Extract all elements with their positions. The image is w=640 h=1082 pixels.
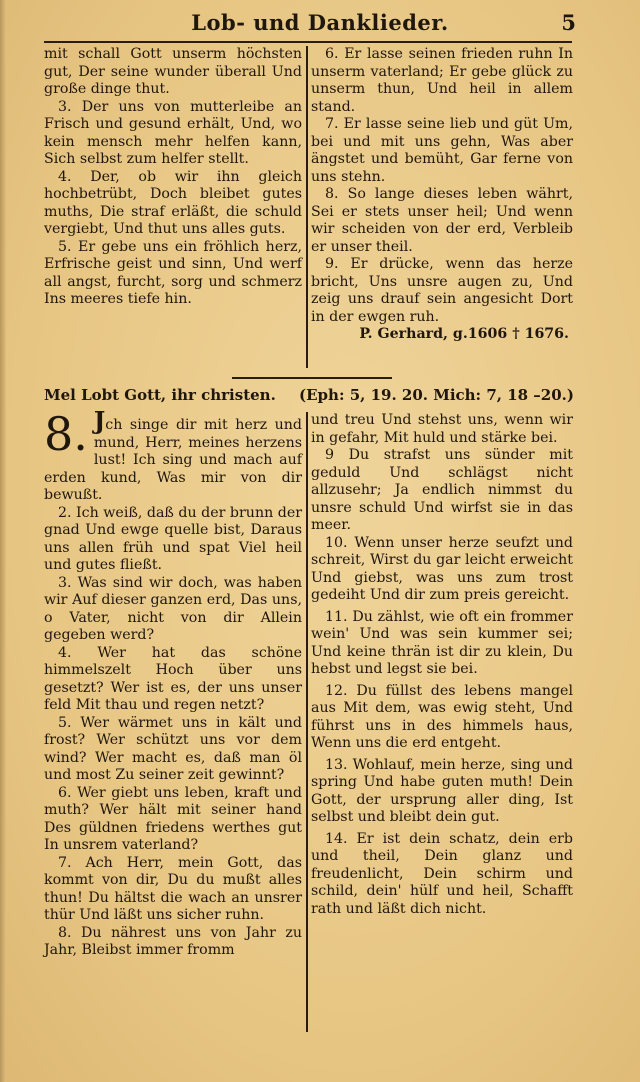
page-number: 5 [561,10,576,35]
verse: 14. Er ist dein schatz, dein erb und the… [311,831,573,919]
author-attribution: P. Gerhard, g.1606 † 1676. [311,326,573,344]
column-divider [306,46,308,368]
verse: 3. Was sind wir doch, was haben wir Auf … [44,575,302,645]
page-header: Lob- und Danklieder. 5 [40,8,600,38]
verse: 8. Du nährest uns von Jahr zu Jahr, Blei… [44,925,302,960]
verse: 6. Er lasse seinen frieden ruhn In unser… [311,46,573,116]
page-edge [0,0,6,1082]
hymn-7-left-column: mit schall Gott unserm höchsten gut, Der… [44,46,302,309]
verse: 11. Du zählst, wie oft ein frommer wein'… [311,609,573,679]
running-title: Lob- und Danklieder. [40,10,600,35]
verse: mit schall Gott unserm höchsten gut, Der… [44,46,302,99]
verse: 8. Jch singe dir mit herz und mund, Herr… [44,412,302,505]
verse: 13. Wohlauf, mein herze, sing und spring… [311,757,573,827]
header-rule [44,41,572,43]
verse: 9. Er drücke, wenn das herze bricht, Uns… [311,256,573,326]
hymn-number: 8. [44,414,88,454]
hymn-8-right-column: und treu Und stehst uns, wenn wir in gef… [311,412,573,918]
hymn-8-heading: Mel Lobt Gott, ihr christen. (Eph: 5, 19… [44,386,574,404]
verse: 8. So lange dieses leben währt, Sei er s… [311,186,573,256]
verse: und treu Und stehst uns, wenn wir in gef… [311,412,573,447]
melody-label: Mel Lobt Gott, ihr christen. [44,386,276,404]
verse: 4. Der, ob wir ihn gleich hochbetrübt, D… [44,169,302,239]
hymn-7-right-column: 6. Er lasse seinen frieden ruhn In unser… [311,46,573,344]
hymn-8-left-column: 8. Jch singe dir mit herz und mund, Herr… [44,412,302,960]
verse: 6. Wer giebt uns leben, kraft und muth? … [44,785,302,855]
verse: 7. Ach Herr, mein Gott, das kommt von di… [44,855,302,925]
verse: 10. Wenn unser herze seufzt und schreit,… [311,535,573,605]
column-divider [306,412,308,1032]
scripture-reference: (Eph: 5, 19. 20. Mich: 7, 18 –20.) [299,386,574,404]
verse: 9 Du strafst uns sünder mit geduld Und s… [311,447,573,535]
verse: 2. Ich weiß, daß du der brunn der gnad U… [44,505,302,575]
dropcap-letter: J [94,406,105,435]
verse: 5. Er gebe uns ein fröhlich herz, Erfris… [44,239,302,309]
verse: 12. Du füllst des lebens mangel aus Mit … [311,683,573,753]
verse: 4. Wer hat das schöne himmelszelt Hoch ü… [44,645,302,715]
section-rule [232,377,392,379]
verse: 3. Der uns von mutterleibe an Frisch und… [44,99,302,169]
hymnal-page: Lob- und Danklieder. 5 mit schall Gott u… [0,0,640,1082]
verse: 7. Er lasse seine lieb und güt Um, bei u… [311,116,573,186]
verse: 5. Wer wärmet uns in kält und frost? Wer… [44,715,302,785]
